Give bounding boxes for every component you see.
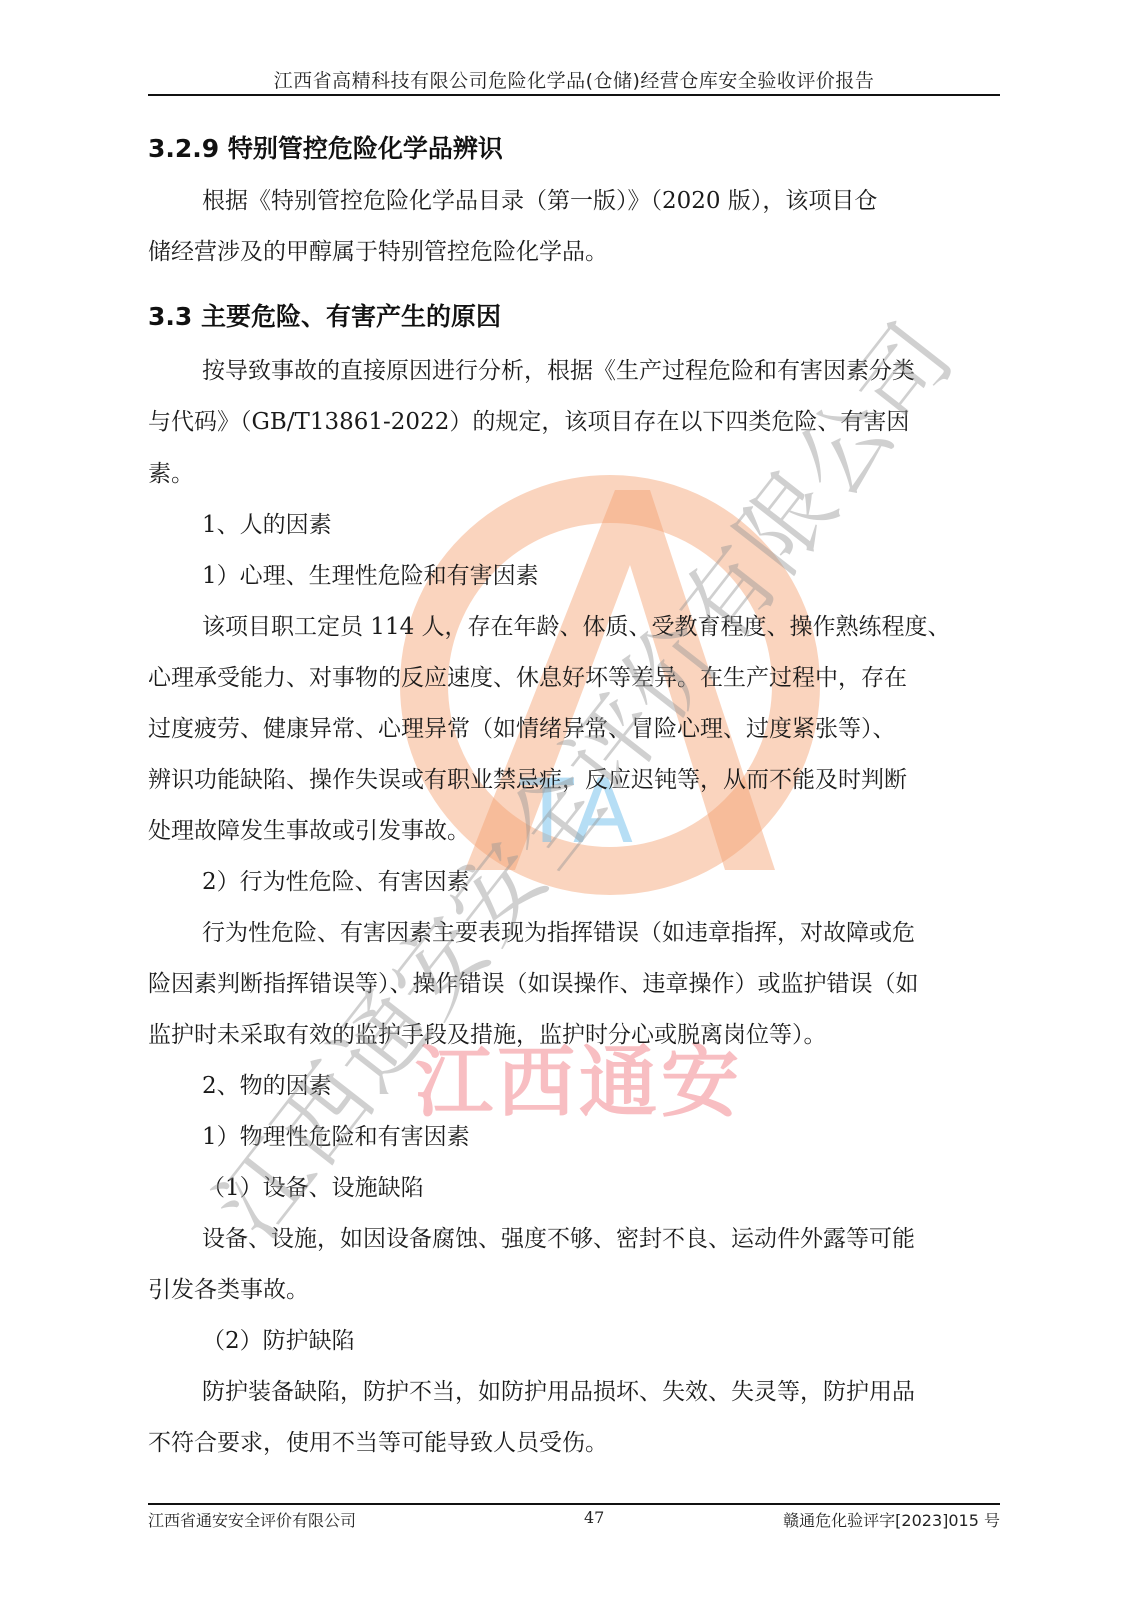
subheading-material-factors: 2、物的因素 — [202, 1071, 1062, 1101]
paragraph-line: 设备、设施，如因设备腐蚀、强度不够、密封不良、运动件外露等可能 — [202, 1224, 1062, 1254]
footer-doc-number: 赣通危化验评字[2023]015 号 — [783, 1508, 1000, 1531]
paragraph-line: 按导致事故的直接原因进行分析，根据《生产过程危险和有害因素分类 — [202, 356, 1062, 386]
paragraph-line: 险因素判断指挥错误等）、操作错误（如误操作、违章操作）或监护错误（如 — [148, 969, 1008, 999]
paragraph-line: 该项目职工定员 114 人，存在年龄、体质、受教育程度、操作熟练程度、 — [202, 612, 1062, 642]
page-header-title: 江西省高精科技有限公司危险化学品(仓储)经营仓库安全验收评价报告 — [148, 66, 1000, 93]
subheading-human-factors: 1、人的因素 — [202, 510, 1062, 540]
section-heading-3-2-9: 3.2.9 特别管控危险化学品辨识 — [148, 134, 1008, 164]
item-heading-equipment-defects: （1）设备、设施缺陷 — [202, 1173, 1062, 1203]
footer-divider — [148, 1503, 1000, 1505]
paragraph-line: 辨识功能缺陷、操作失误或有职业禁忌症，反应迟钝等，从而不能及时判断 — [148, 765, 1008, 795]
paragraph-line: 储经营涉及的甲醇属于特别管控危险化学品。 — [148, 237, 1008, 267]
paragraph-line: 引发各类事故。 — [148, 1275, 1008, 1305]
paragraph-line: 行为性危险、有害因素主要表现为指挥错误（如违章指挥，对故障或危 — [202, 918, 1062, 948]
paragraph-line: 不符合要求，使用不当等可能导致人员受伤。 — [148, 1428, 1008, 1458]
document-page: TA 江西通安 江西省高精科技有限公司危险化学品(仓储)经营仓库安全验收评价报告… — [0, 0, 1129, 1600]
paragraph-line: 与代码》（GB/T13861-2022）的规定，该项目存在以下四类危险、有害因 — [148, 407, 1008, 437]
page-number: 47 — [584, 1508, 604, 1527]
subheading-physical: 1）物理性危险和有害因素 — [202, 1122, 1062, 1152]
paragraph-line: 素。 — [148, 459, 1008, 489]
section-heading-3-3: 3.3 主要危险、有害产生的原因 — [148, 302, 1008, 332]
paragraph-line: 监护时未采取有效的监护手段及措施，监护时分心或脱离岗位等）。 — [148, 1020, 1008, 1050]
page-footer: 江西省通安安全评价有限公司 47 赣通危化验评字[2023]015 号 — [148, 1508, 1000, 1530]
header-divider — [148, 94, 1000, 96]
paragraph-line: 心理承受能力、对事物的反应速度、休息好坏等差异。在生产过程中，存在 — [148, 663, 1008, 693]
subheading-psych-physio: 1）心理、生理性危险和有害因素 — [202, 561, 1062, 591]
item-heading-protection-defects: （2）防护缺陷 — [202, 1326, 1062, 1356]
paragraph-line: 处理故障发生事故或引发事故。 — [148, 816, 1008, 846]
paragraph-line: 防护装备缺陷，防护不当，如防护用品损坏、失效、失灵等，防护用品 — [202, 1377, 1062, 1407]
subheading-behavioral: 2）行为性危险、有害因素 — [202, 867, 1062, 897]
paragraph-line: 根据《特别管控危险化学品目录（第一版）》（2020 版），该项目仓 — [202, 186, 1062, 216]
footer-company: 江西省通安安全评价有限公司 — [148, 1508, 356, 1531]
paragraph-line: 过度疲劳、健康异常、心理异常（如情绪异常、冒险心理、过度紧张等）、 — [148, 714, 1008, 744]
